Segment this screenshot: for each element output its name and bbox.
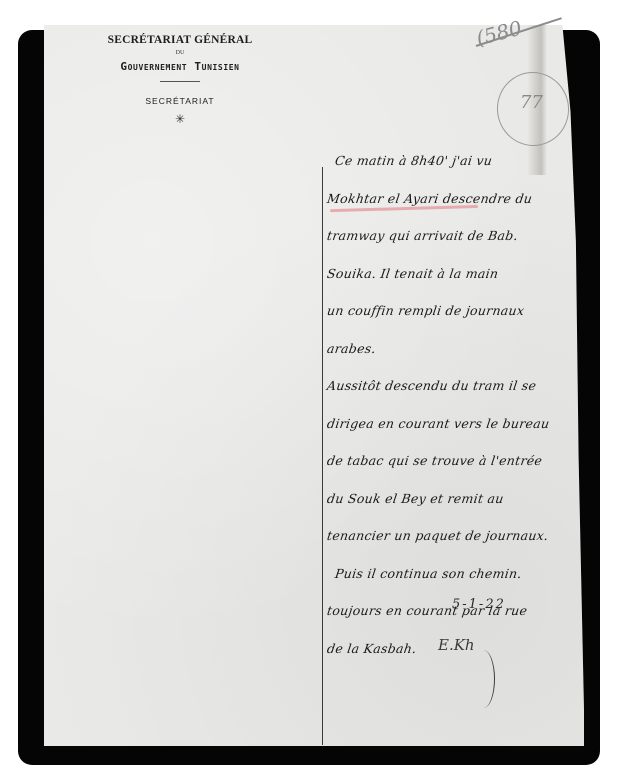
letterhead: SECRÉTARIAT GÉNÉRAL DU Gouvernement Tuni… [60,32,300,126]
margin-rule [322,167,323,745]
report-line: Ce matin à 8h40' j'ai vu [323,150,580,188]
letterhead-department: SECRÉTARIAT [60,96,300,106]
asterisk-ornament-icon: ✳ [60,112,300,126]
report-line: de tabac qui se trouve à l'entrée [323,450,580,488]
letterhead-du: DU [60,50,300,56]
signature-flourish [472,650,495,708]
letterhead-divider [160,81,200,82]
report-line: Aussitôt descendu du tram il se [323,375,580,413]
report-line: du Souk el Bey et remit au [323,488,580,526]
report-line: arabes. [323,338,580,376]
report-line: Puis il continua son chemin. [323,563,580,601]
signature: E.Kh [438,636,475,654]
circled-page-number: 77 [520,92,543,113]
letterhead-title: SECRÉTARIAT GÉNÉRAL [60,34,300,46]
letterhead-government: Gouvernement Tunisien [60,60,300,73]
report-date: 5-1-22 [452,597,506,612]
report-line: Souika. Il tenait à la main [323,263,580,301]
report-line: tramway qui arrivait de Bab. [323,225,580,263]
report-line: dirigea en courant vers le bureau [323,413,580,451]
report-line: tenancier un paquet de journaux. [323,525,580,563]
report-line: un couffin rempli de journaux [323,300,580,338]
